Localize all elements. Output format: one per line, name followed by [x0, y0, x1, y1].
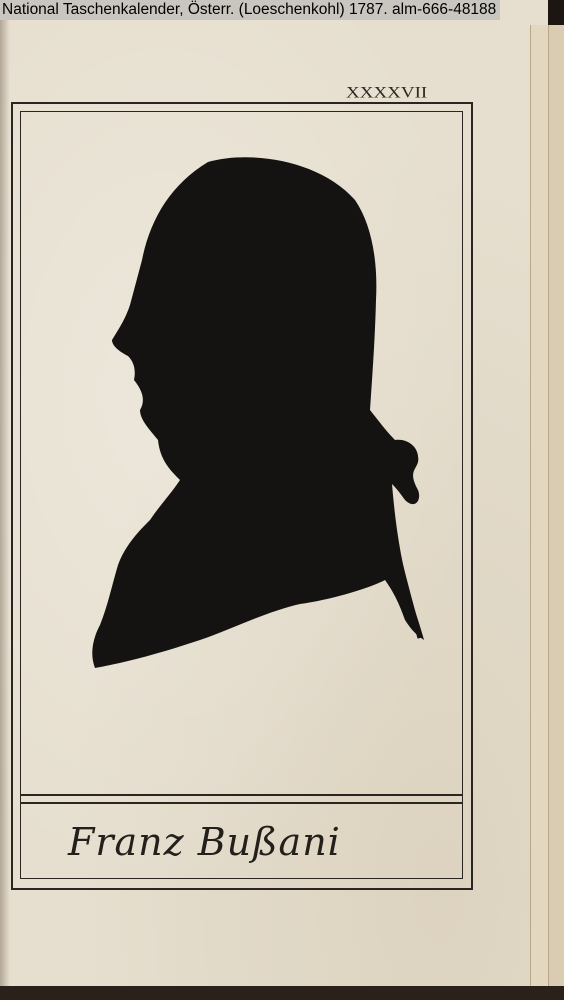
title-bar: National Taschenkalender, Österr. (Loesc… — [0, 0, 500, 20]
plate-caption: Franz Bußani — [68, 803, 448, 881]
